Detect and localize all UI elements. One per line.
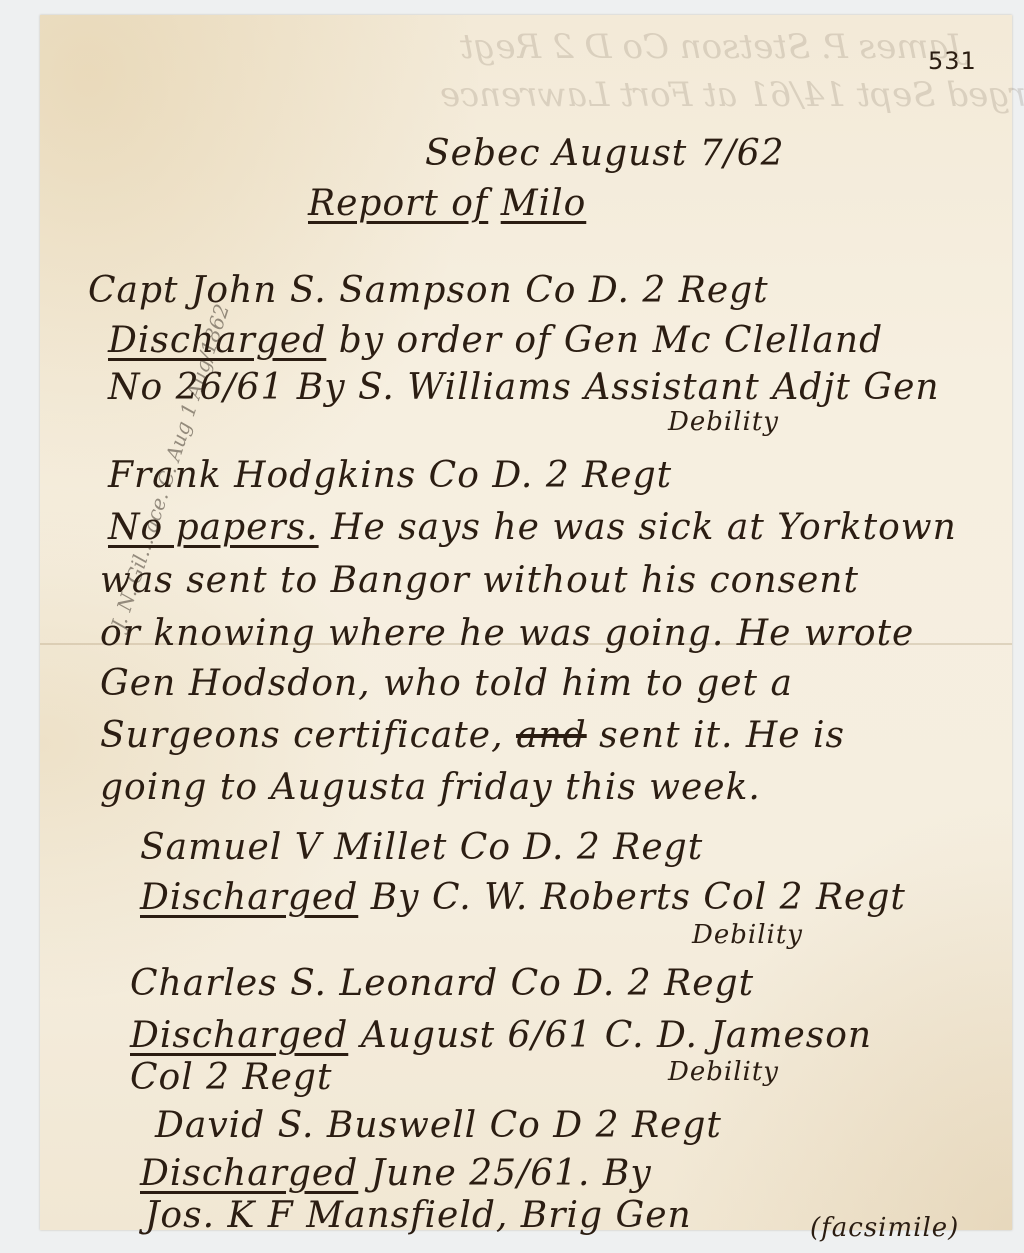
page-number: 531 [928, 47, 977, 75]
entry-text-line: Surgeons certificate, and sent it. He is [100, 715, 845, 756]
entry-detail: No 26/61 By S. Williams Assistant Adjt G… [108, 367, 940, 408]
entry-status-line: Discharged By C. W. Roberts Col 2 Regt [140, 877, 906, 918]
entry-reason: Debility [668, 1057, 779, 1087]
entry-detail: Jos. K F Mansfield, Brig Gen [145, 1195, 692, 1236]
entry-detail: August 6/61 C. D. Jameson [361, 1015, 872, 1056]
entry-text: Surgeons certificate, [100, 715, 504, 756]
entry-status: Discharged [108, 320, 326, 361]
facsimile-note: (facsimile) [810, 1213, 959, 1243]
entry-detail: He says he was sick at Yorktown [331, 507, 957, 548]
bleed-through-line: James P. Stetson Co D 2 Regt [460, 27, 962, 67]
entry-status-line: Discharged August 6/61 C. D. Jameson [130, 1015, 872, 1056]
entry-text-line: was sent to Bangor without his consent [100, 560, 859, 601]
report-title-place: Milo [501, 183, 587, 224]
entry-detail: June 25/61. By [371, 1153, 652, 1194]
entry-status: No papers. [108, 507, 319, 548]
entry-name: Charles S. Leonard Co D. 2 Regt [130, 963, 754, 1004]
report-title-prefix: Report of [308, 183, 488, 224]
entry-detail: Col 2 Regt [130, 1057, 332, 1098]
entry-reason: Debility [668, 407, 779, 437]
place-date: Sebec August 7/62 [425, 133, 785, 174]
report-title: Report of Milo [308, 183, 586, 224]
struck-word: and [516, 715, 587, 756]
entry-name: Capt John S. Sampson Co D. 2 Regt [88, 270, 769, 311]
entry-status: Discharged [140, 877, 358, 918]
entry-text: sent it. He is [599, 715, 845, 756]
entry-name: Samuel V Millet Co D. 2 Regt [140, 827, 703, 868]
entry-detail: By C. W. Roberts Col 2 Regt [371, 877, 906, 918]
entry-status: Discharged [130, 1015, 348, 1056]
entry-status: Discharged [140, 1153, 358, 1194]
entry-status-line: Discharged June 25/61. By [140, 1153, 652, 1194]
entry-status-line: No papers. He says he was sick at Yorkto… [108, 507, 957, 548]
entry-reason: Debility [692, 920, 803, 950]
entry-status-line: Discharged by order of Gen Mc Clelland [108, 320, 883, 361]
entry-text-line: Gen Hodsdon, who told him to get a [100, 663, 793, 704]
entry-detail: by order of Gen Mc Clelland [339, 320, 883, 361]
bleed-through-line: Discharged Sept 14/61 at Fort Lawrence [440, 75, 1024, 115]
document-page: James P. Stetson Co D 2 Regt Discharged … [40, 15, 1012, 1230]
entry-text-line: going to Augusta friday this week. [100, 767, 761, 808]
entry-name: David S. Buswell Co D 2 Regt [155, 1105, 722, 1146]
entry-name: Frank Hodgkins Co D. 2 Regt [108, 455, 672, 496]
entry-text-line: or knowing where he was going. He wrote [100, 613, 914, 654]
